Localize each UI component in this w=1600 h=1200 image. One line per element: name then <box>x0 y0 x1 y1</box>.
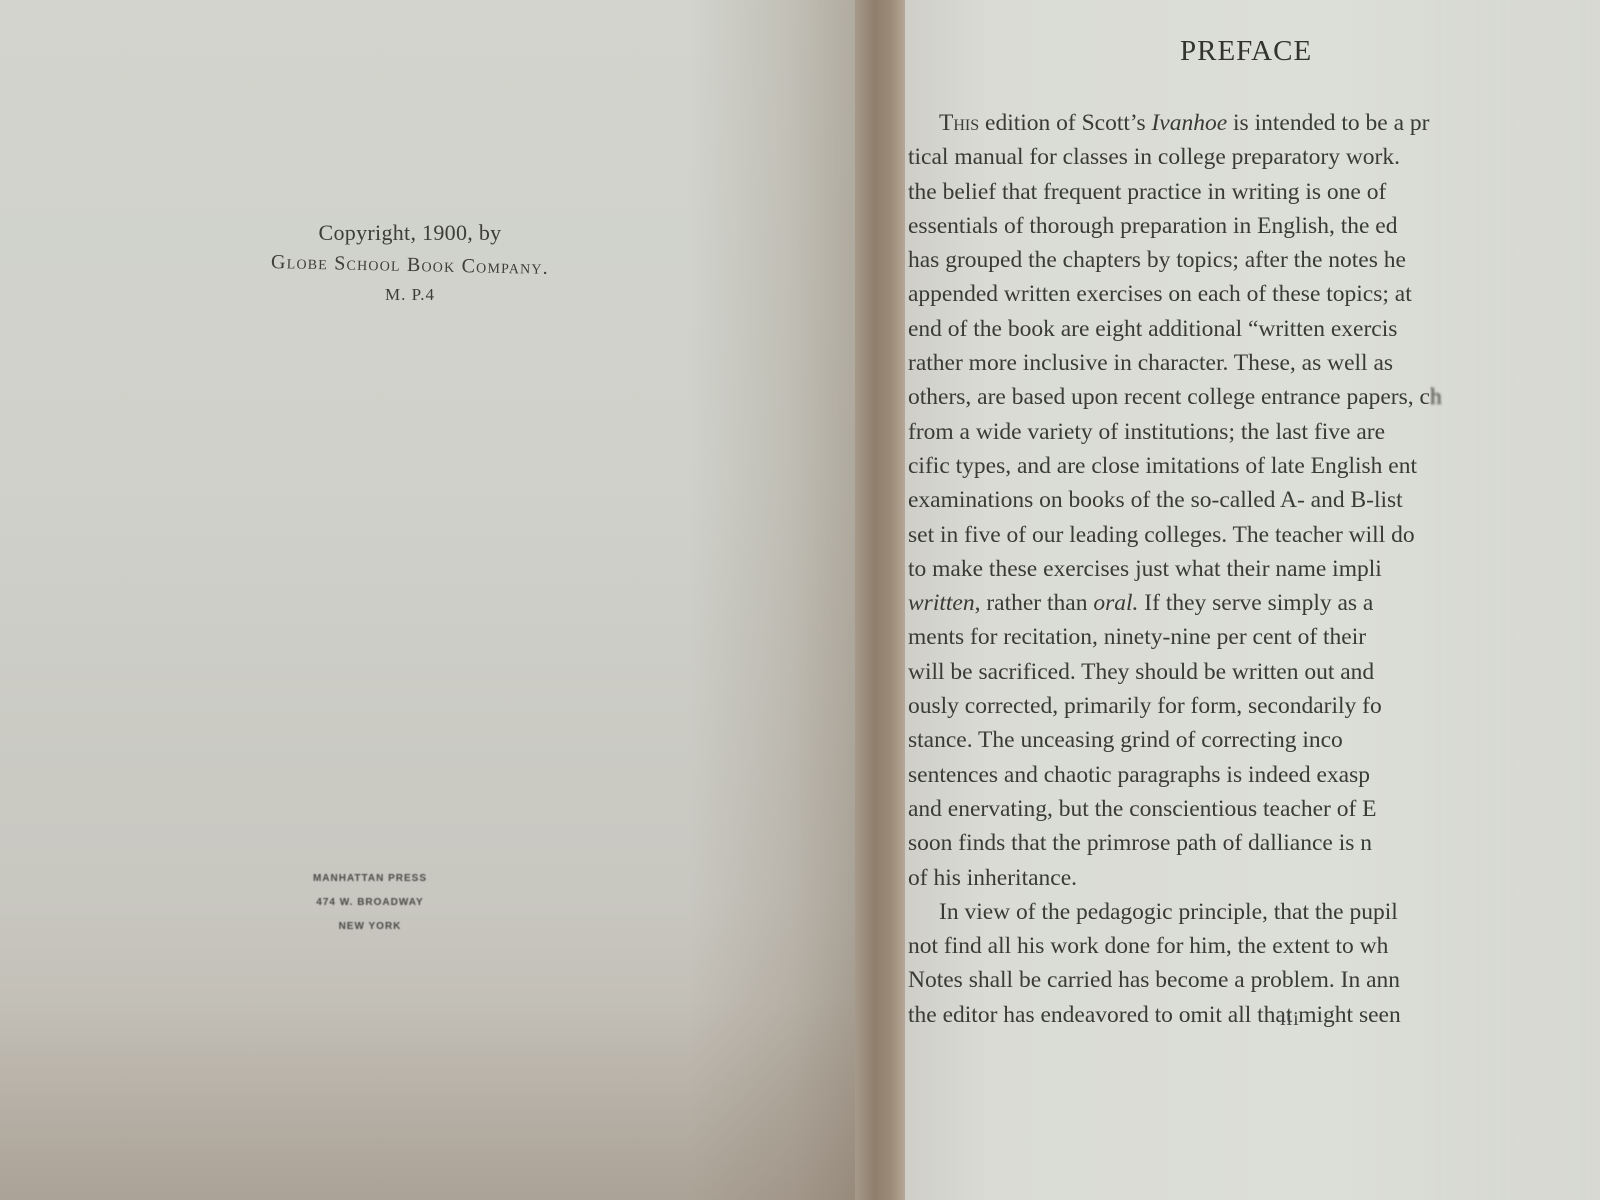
preface-line: cific types, and are close imitations of… <box>908 449 1600 483</box>
preface-line: the editor has endeavored to omit all th… <box>908 998 1600 1032</box>
preface-line: soon finds that the primrose path of dal… <box>908 826 1600 860</box>
preface-line: sentences and chaotic paragraphs is inde… <box>908 758 1600 792</box>
preface-line: and enervating, but the conscientious te… <box>908 792 1600 826</box>
print-code: M. P.4 <box>200 285 620 305</box>
preface-line: examinations on books of the so-called A… <box>908 483 1600 517</box>
printer-city: NEW YORK <box>270 921 470 932</box>
page-number: iii <box>1280 1008 1300 1031</box>
copyright-line: Copyright, 1900, by <box>200 220 620 246</box>
preface-line: stance. The unceasing grind of correctin… <box>908 723 1600 757</box>
preface-line: of his inheritance. <box>908 861 1600 895</box>
preface-line: not find all his work done for him, the … <box>908 929 1600 963</box>
preface-body-text: This edition of Scott’s Ivanhoe is inten… <box>908 106 1600 1032</box>
preface-line: In view of the pedagogic principle, that… <box>908 895 1600 929</box>
preface-line: has grouped the chapters by topics; afte… <box>908 243 1600 277</box>
preface-line: to make these exercises just what their … <box>908 552 1600 586</box>
preface-line: appended written exercises on each of th… <box>908 277 1600 311</box>
printer-name: MANHATTAN PRESS <box>270 873 470 884</box>
preface-heading: PREFACE <box>1180 35 1312 68</box>
left-page-copyright: Copyright, 1900, by Globe School Book Co… <box>0 0 860 1200</box>
preface-line: end of the book are eight additional “wr… <box>908 312 1600 346</box>
preface-line: others, are based upon recent college en… <box>908 380 1600 414</box>
copyright-notice: Copyright, 1900, by Globe School Book Co… <box>200 220 620 305</box>
preface-line: from a wide variety of institutions; the… <box>908 415 1600 449</box>
preface-line: set in five of our leading colleges. The… <box>908 518 1600 552</box>
open-book-spread: Copyright, 1900, by Globe School Book Co… <box>0 0 1600 1200</box>
preface-line: will be sacrificed. They should be writt… <box>908 655 1600 689</box>
preface-line: essentials of thorough preparation in En… <box>908 209 1600 243</box>
preface-line: written, rather than oral. If they serve… <box>908 586 1600 620</box>
preface-line: ously corrected, primarily for form, sec… <box>908 689 1600 723</box>
preface-line: Notes shall be carried has become a prob… <box>908 963 1600 997</box>
preface-line: rather more inclusive in character. Thes… <box>908 346 1600 380</box>
printer-address: 474 W. BROADWAY <box>270 897 470 908</box>
preface-line: ments for recitation, ninety-nine per ce… <box>908 620 1600 654</box>
preface-line: This edition of Scott’s Ivanhoe is inten… <box>908 106 1600 140</box>
preface-line: the belief that frequent practice in wri… <box>908 175 1600 209</box>
preface-line: tical manual for classes in college prep… <box>908 140 1600 174</box>
publisher-name: Globe School Book Company. <box>200 250 620 282</box>
printer-imprint: MANHATTAN PRESS 474 W. BROADWAY NEW YORK <box>270 873 470 945</box>
